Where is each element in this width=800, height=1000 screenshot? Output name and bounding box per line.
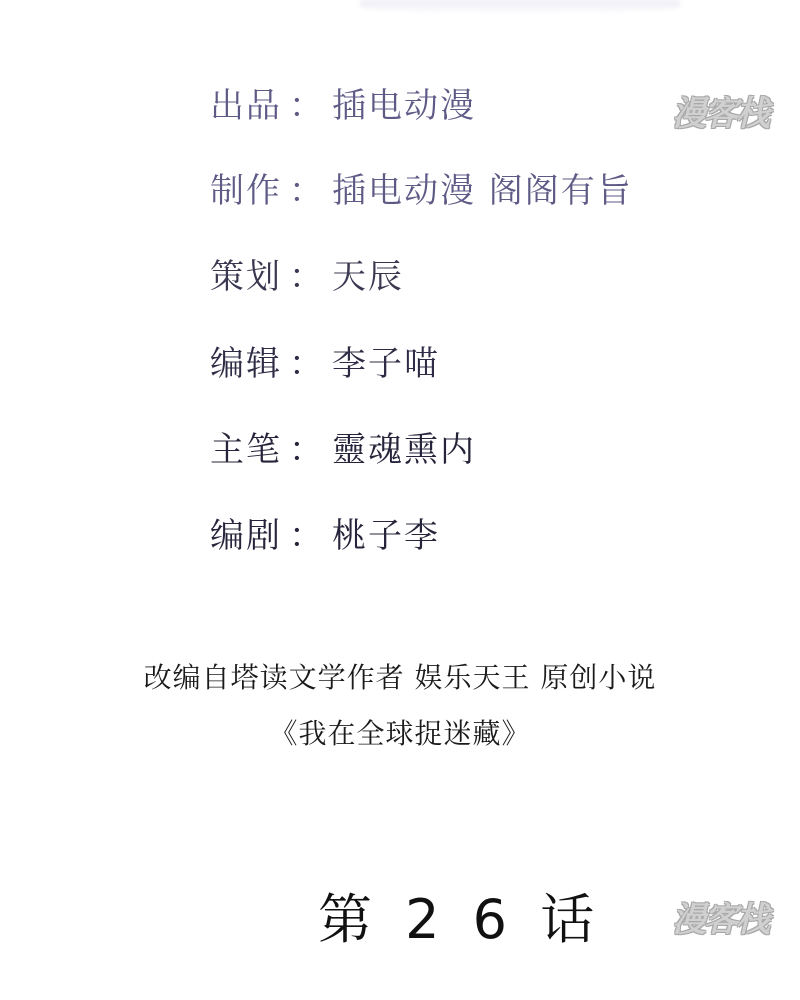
credit-value: 天辰: [332, 257, 404, 297]
chapter-title: 第 2 6 话: [318, 888, 602, 952]
credit-label: 策划: [210, 257, 282, 297]
credit-separator: ：: [282, 430, 332, 470]
adaptation-source-line: 改编自塔读文学作者 娱乐天王 原创小说: [0, 660, 800, 696]
credit-row-lead-artist: 主笔：靈魂熏内: [210, 430, 476, 470]
novel-title: 《我在全球捉迷藏》: [0, 716, 800, 752]
credit-separator: ：: [282, 344, 332, 384]
credit-row-producer: 出品：插电动漫: [210, 86, 476, 126]
credit-label: 编辑: [210, 344, 282, 384]
credit-value: 桃子李: [332, 516, 440, 556]
credit-row-editor: 编辑：李子喵: [210, 344, 440, 384]
credit-label: 编剧: [210, 516, 282, 556]
credit-value: 李子喵: [332, 344, 440, 384]
credit-value: 靈魂熏内: [332, 430, 476, 470]
credit-label: 制作: [210, 171, 282, 211]
credit-label: 主笔: [210, 430, 282, 470]
credit-label: 出品: [210, 86, 282, 126]
credit-separator: ：: [282, 171, 332, 211]
top-fade-decoration: [360, 0, 680, 14]
watermark-logo-icon: 漫客栈: [672, 92, 790, 136]
credit-value: 插电动漫: [332, 86, 476, 126]
credit-row-screenwriter: 编剧：桃子李: [210, 516, 440, 556]
credit-separator: ：: [282, 86, 332, 126]
credit-row-production: 制作：插电动漫 阁阁有旨: [210, 171, 633, 211]
credit-value: 插电动漫 阁阁有旨: [332, 171, 633, 211]
watermark-logo-icon: 漫客栈: [672, 898, 790, 942]
credit-row-planning: 策划：天辰: [210, 257, 404, 297]
credit-separator: ：: [282, 257, 332, 297]
credit-separator: ：: [282, 516, 332, 556]
